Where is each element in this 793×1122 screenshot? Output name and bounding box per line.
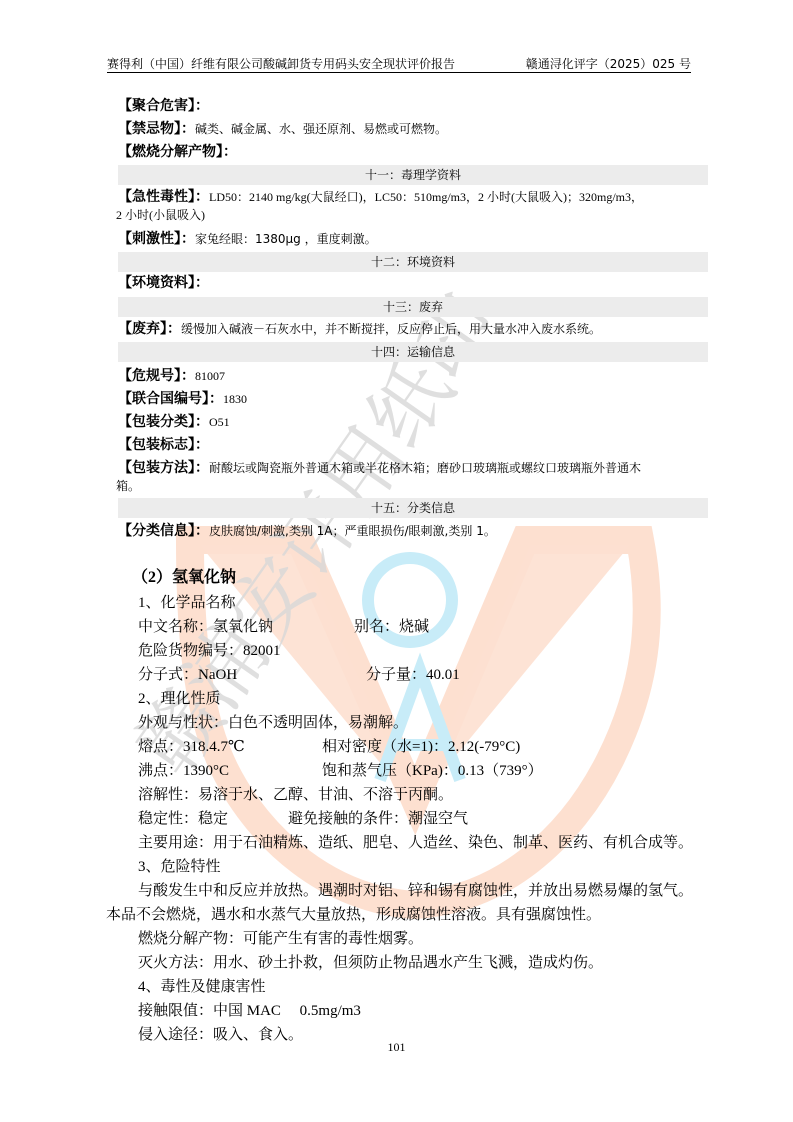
subheading-hazards: 3、危险特性 [138, 856, 738, 878]
cn-name: 中文名称：氢氧化钠 别名：烧碱 [138, 616, 738, 638]
section-heading-15: 十五：分类信息 [118, 498, 708, 518]
field-combustion-products: 【燃烧分解产物】： [118, 142, 708, 162]
subheading-properties: 2、理化性质 [138, 688, 738, 710]
main-uses: 主要用途：用于石油精炼、造纸、肥皂、人造丝、染色、制革、医药、有机合成等。 [138, 832, 738, 854]
subheading-toxicity: 4、毒性及健康害性 [138, 976, 738, 998]
report-number: 赣通浔化评字（2025）025 号 [526, 56, 691, 72]
field-disposal: 【废弃】：缓慢加入碱液－石灰水中，并不断搅拌，反应停止后，用大量水冲入废水系统。 [118, 319, 708, 339]
chemical-title: （2）氢氧化钠 [132, 567, 732, 589]
melting-point: 熔点：318.4.7℃ 相对密度（水=1)：2.12(-79°C) [138, 736, 738, 758]
section-heading-14: 十四：运输信息 [118, 342, 708, 362]
field-irritation: 【刺激性】：家兔经眼：1380μg ，重度刺激。 [118, 229, 708, 249]
section-heading-11: 十一：毒理学资料 [118, 165, 708, 185]
field-packing-class: 【包装分类】：O51 [118, 412, 708, 432]
stability: 稳定性：稳定 避免接触的条件：潮湿空气 [138, 808, 738, 830]
field-packing-mark: 【包装标志】： [118, 435, 708, 455]
combustion-products: 燃烧分解产物：可能产生有害的毒性烟雾。 [138, 928, 738, 950]
section-heading-13: 十三：废弃 [118, 297, 708, 317]
field-acute-toxicity-cont: 2 小时(小鼠吸入) [116, 205, 706, 225]
fire-fighting: 灭火方法：用水、砂土扑救，但须防止物品遇水产生飞溅，造成灼伤。 [138, 952, 738, 974]
field-acute-toxicity: 【急性毒性】：LD50：2140 mg/kg(大鼠经口)，LC50：510mg/… [118, 187, 708, 207]
page-header: 赛得利（中国）纤维有限公司酸碱卸货专用码头安全现状评价报告 赣通浔化评字（202… [107, 56, 691, 73]
field-hazard-number: 【危规号】：81007 [118, 366, 708, 386]
exposure-limit: 接触限值：中国 MAC 0.5mg/m3 [138, 1000, 738, 1022]
entry-route: 侵入途径：吸入、食入。 [138, 1024, 738, 1046]
dg-number: 危险货物编号：82001 [138, 640, 738, 662]
field-classification: 【分类信息】：皮肤腐蚀/刺激,类别 1A；严重眼损伤/眼刺激,类别 1。 [118, 521, 708, 541]
report-title: 赛得利（中国）纤维有限公司酸碱卸货专用码头安全现状评价报告 [107, 56, 455, 72]
solubility: 溶解性：易溶于水、乙醇、甘油、不溶于丙酮。 [138, 784, 738, 806]
field-environment: 【环境资料】： [118, 273, 708, 293]
field-un-number: 【联合国编号】：1830 [118, 389, 708, 409]
field-incompatible: 【禁忌物】：碱类、碱金属、水、强还原剂、易燃或可燃物。 [118, 119, 708, 139]
appearance: 外观与性状：白色不透明固体，易潮解。 [138, 712, 738, 734]
subheading-chemical-name: 1、化学品名称 [138, 592, 738, 614]
field-polymerization: 【聚合危害】： [118, 96, 708, 116]
field-packing-method: 【包装方法】：耐酸坛或陶瓷瓶外普通木箱或半花格木箱；磨砂口玻璃瓶或螺纹口玻璃瓶外… [118, 458, 708, 478]
hazard-line-2: 本品不会燃烧，遇水和水蒸气大量放热，形成腐蚀性溶液。具有强腐蚀性。 [106, 904, 706, 926]
field-packing-method-cont: 箱。 [116, 476, 706, 496]
boiling-point: 沸点：1390°C 饱和蒸气压（KPa)：0.13（739°） [138, 760, 738, 782]
formula: 分子式：NaOH 分子量：40.01 [138, 664, 738, 686]
hazard-line-1: 与酸发生中和反应并放热。遇潮时对铝、锌和锡有腐蚀性，并放出易燃易爆的氢气。 [138, 880, 738, 902]
section-heading-12: 十二：环境资料 [118, 252, 708, 272]
